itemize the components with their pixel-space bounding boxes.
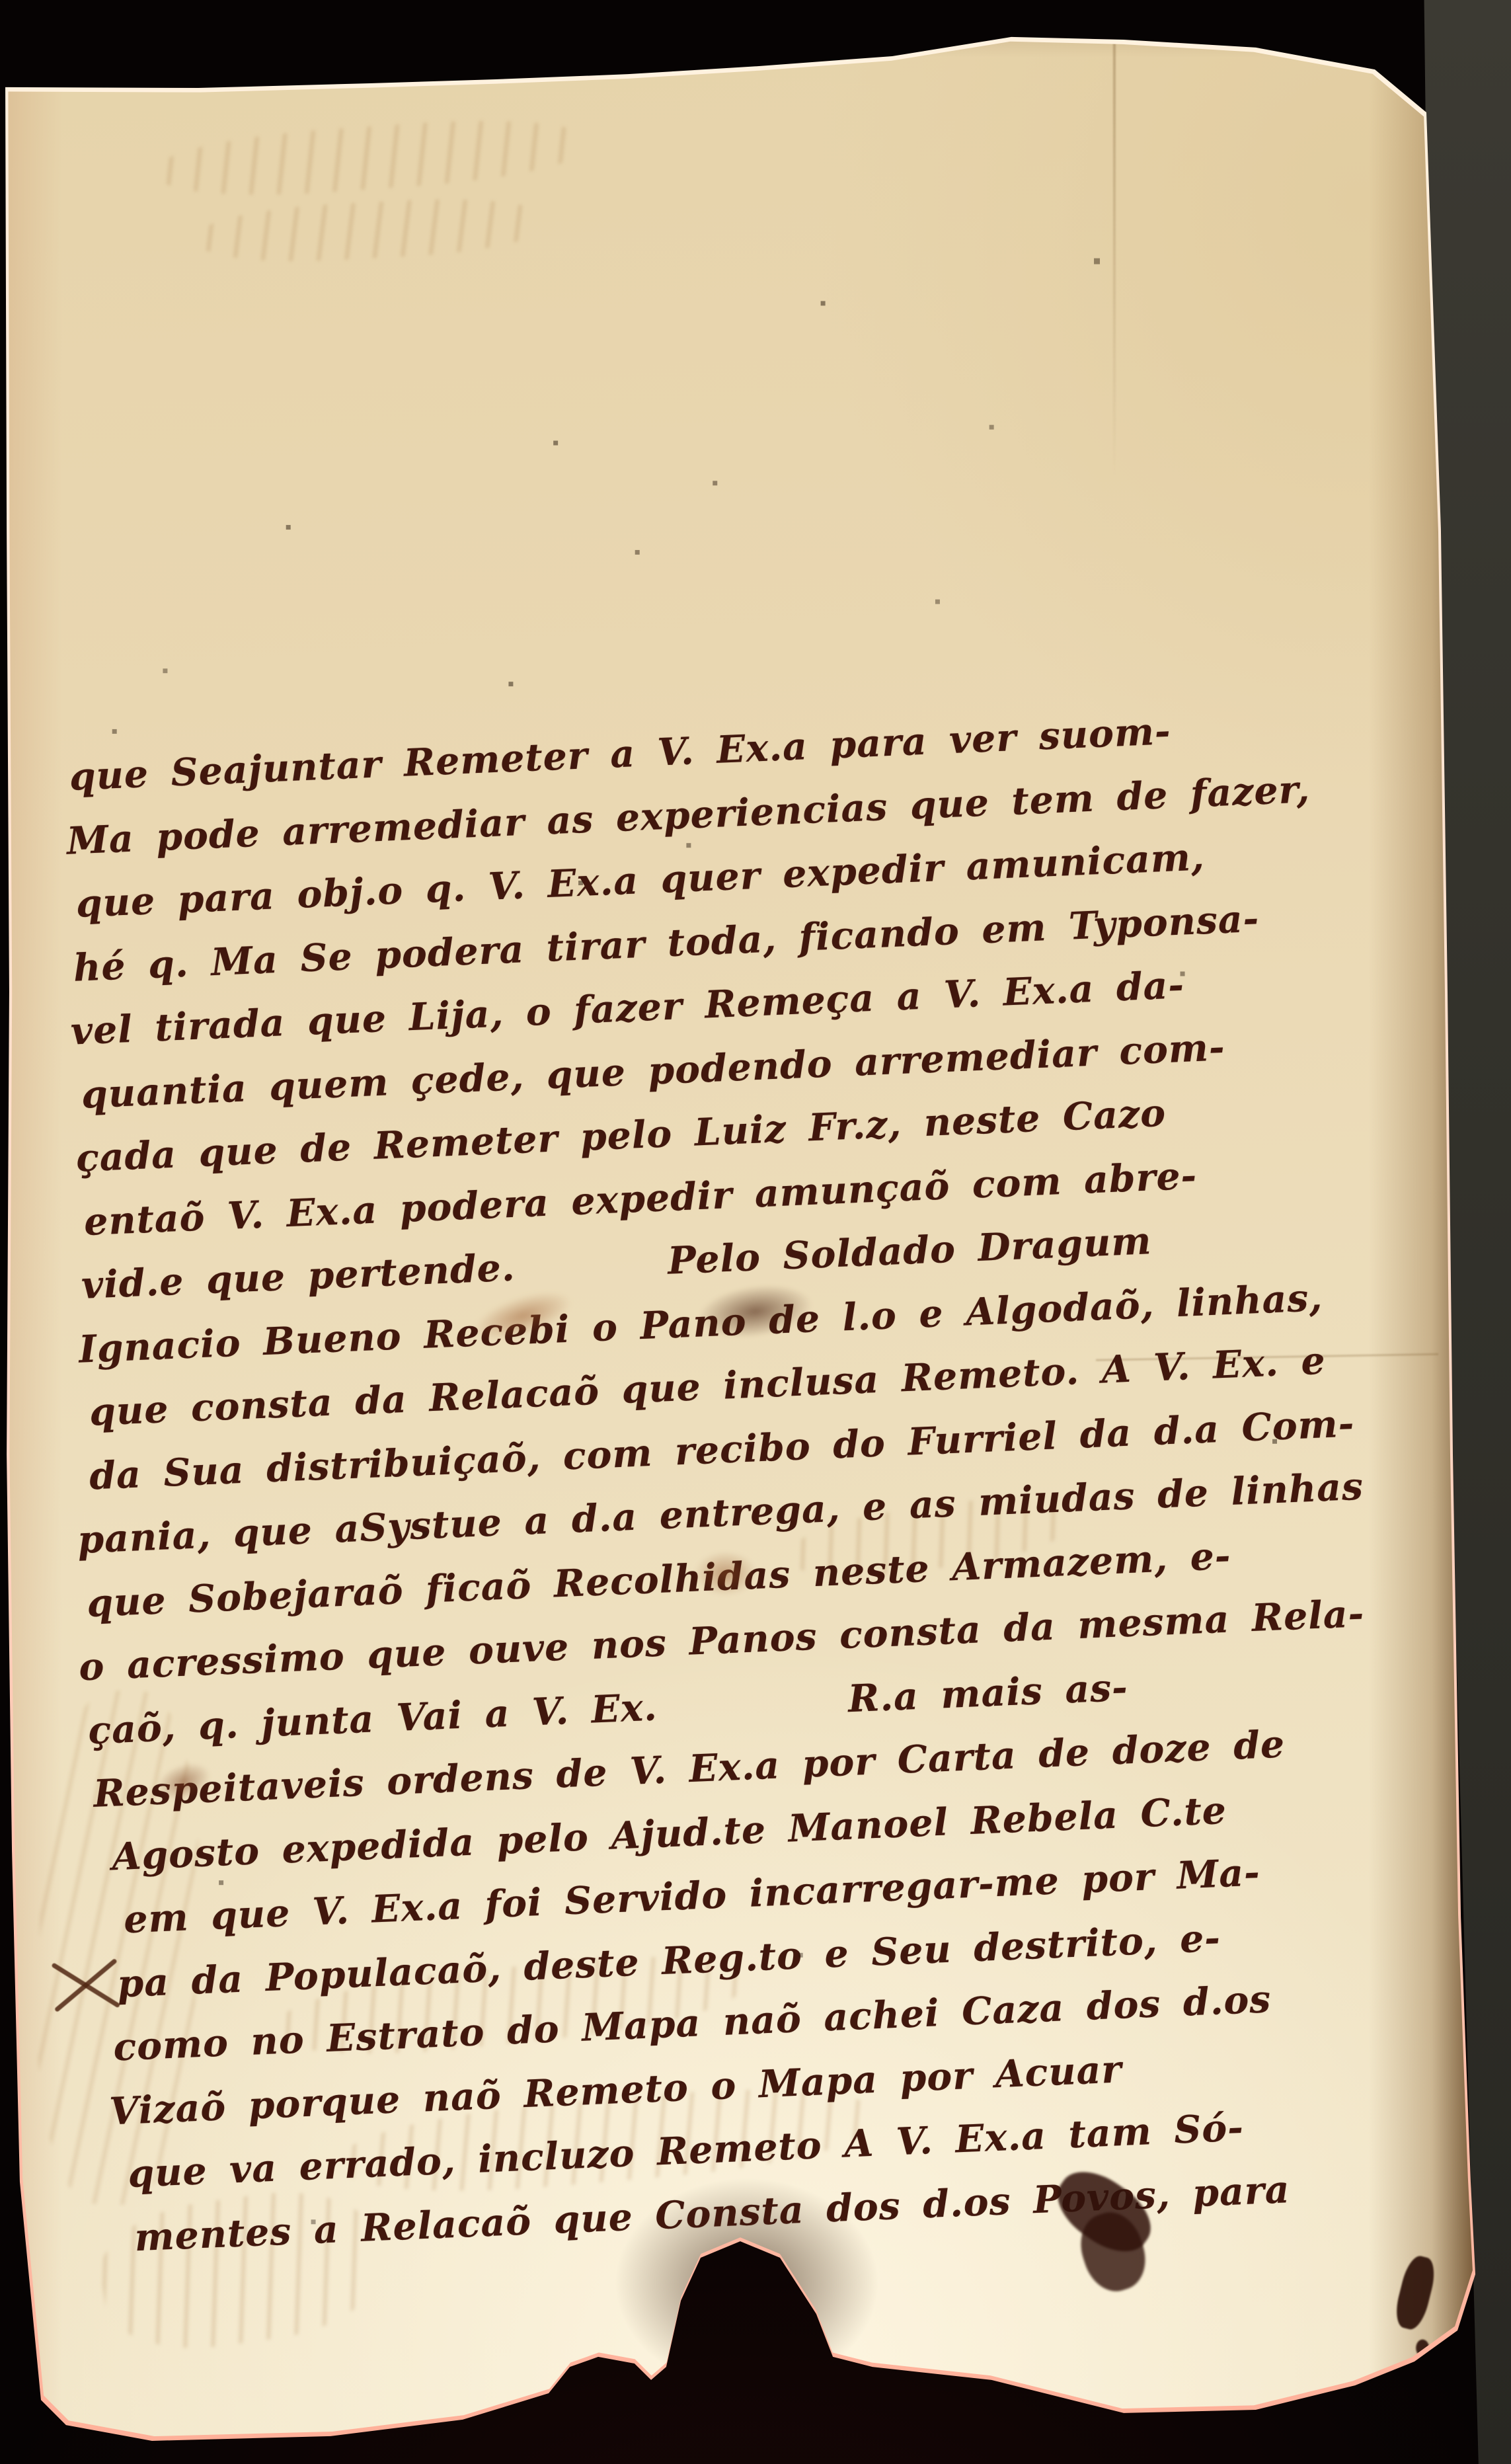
paper-specks [3, 5, 5, 7]
paper-edge-tint-left [3, 5, 62, 2459]
bleedthrough-ghost [159, 112, 584, 204]
manuscript-page: que Seajuntar Remeter a V. Ex.a para ver… [3, 5, 1508, 2459]
photo-backdrop: que Seajuntar Remeter a V. Ex.a para ver… [0, 0, 1511, 2464]
paper-crease [1113, 43, 1116, 477]
bleedthrough-ghost [199, 193, 544, 267]
handwritten-text-block: que Seajuntar Remeter a V. Ex.a para ver… [59, 702, 1175, 2270]
paper-edge-burn-top [3, 5, 1508, 58]
margin-x-mark [43, 1949, 125, 2022]
x-mark-stroke [54, 1958, 118, 2012]
